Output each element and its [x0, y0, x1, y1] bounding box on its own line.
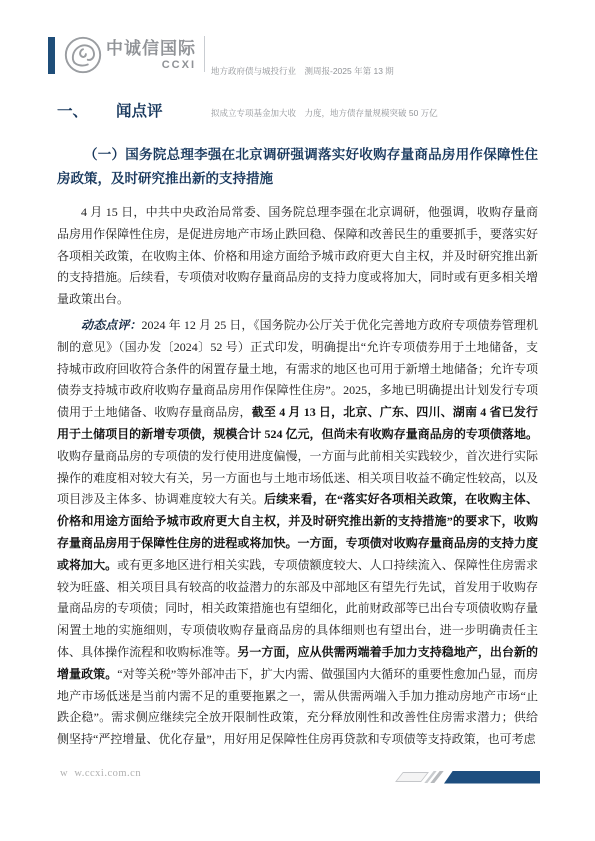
- section-title: 一、闻点评: [57, 101, 538, 123]
- brand-name-en: CCXI: [162, 59, 196, 72]
- brand-accent-bar: [48, 37, 55, 74]
- article-subtitle: （一）国务院总理李强在北京调研强调落实好收购存量商品房用作保障性住房政策，及时研…: [57, 143, 538, 191]
- brand-name-cn: 中诚信国际: [106, 39, 196, 59]
- brand-text: 中诚信国际 CCXI: [106, 39, 196, 72]
- footer-website-link[interactable]: w w.ccxi.com.cn: [60, 768, 141, 779]
- report-series-line: 地方政府债与城投行业 测周报-2025 年第 13 期: [211, 64, 438, 78]
- footer-banner-graphic: [399, 770, 540, 784]
- text-run-normal: “对等关税”等外部冲击下，扩大内需、做强国内大循环的重要性愈加凸显，而房地产市场…: [57, 667, 538, 746]
- text-run-normal: 或有更多地区进行相关实践，专项债额度较大、人口持续流入、保障性住房需求较为旺盛、…: [57, 558, 538, 659]
- section-title-text: 闻点评: [116, 103, 163, 120]
- ccxi-logo: 中诚信国际 CCXI: [62, 34, 196, 76]
- main-content: 一、闻点评 （一）国务院总理李强在北京调研强调落实好收购存量商品房用作保障性住房…: [57, 101, 538, 755]
- header-divider: [204, 36, 205, 72]
- ccxi-elephant-logo-icon: [62, 34, 104, 76]
- banner-outline-stripe: [395, 772, 429, 782]
- banner-navy-bar: [444, 771, 540, 784]
- text-run-bold-italic: 动态点评：: [81, 318, 142, 332]
- paragraph-commentary: 动态点评：2024 年 12 月 25 日，《国务院办公厅关于优化完善地方政府专…: [57, 315, 538, 751]
- paragraph-news: 4 月 15 日，中共中央政治局常委、国务院总理李强在北京调研，他强调，收购存量…: [57, 202, 538, 311]
- text-run-normal: 2024 年 12 月 25 日，《国务院办公厅关于优化完善地方政府专项债券管理…: [57, 318, 538, 419]
- report-page: 中诚信国际 CCXI 地方政府债与城投行业 测周报-2025 年第 13 期 拟…: [0, 0, 595, 841]
- section-number: 一、: [57, 103, 88, 120]
